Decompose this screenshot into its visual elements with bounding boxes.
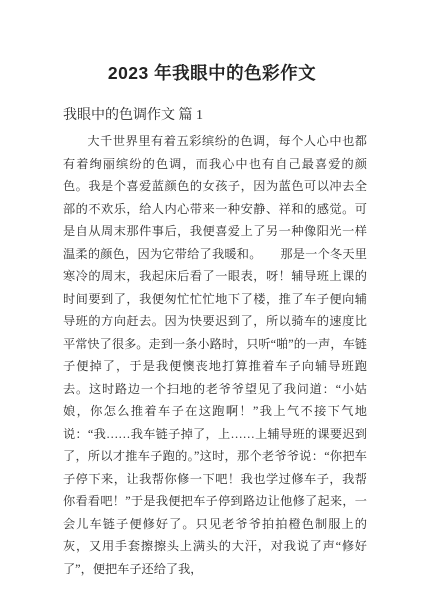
document-title: 2023 年我眼中的色彩作文 (0, 62, 424, 85)
section-heading: 我眼中的色调作文 篇 1 (63, 107, 367, 125)
essay-body-paragraph: 大千世界里有着五彩缤纷的色调，每个人心中也都有着绚丽缤纷的色调，而我心中也有自己… (63, 130, 367, 580)
document-page: 2023 年我眼中的色彩作文 我眼中的色调作文 篇 1 大千世界里有着五彩缤纷的… (0, 0, 424, 600)
